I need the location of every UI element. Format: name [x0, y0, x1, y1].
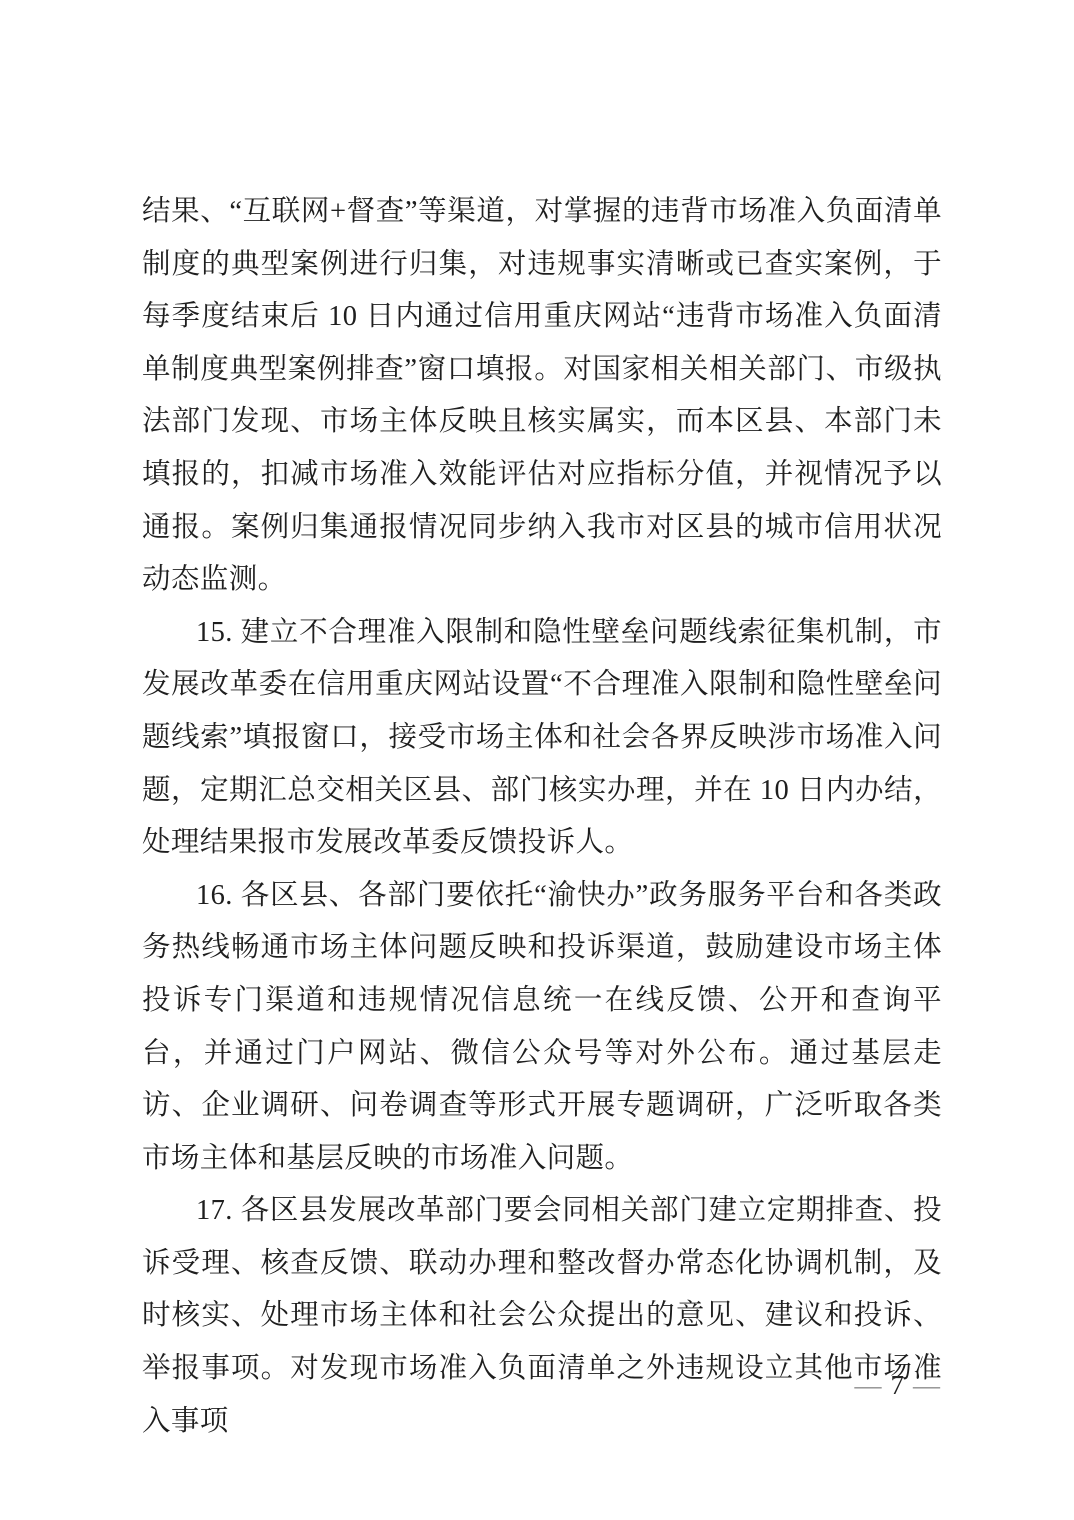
- footer-dash-left: —: [855, 1370, 882, 1400]
- paragraph-item-15: 15. 建立不合理准入限制和隐性壁垒问题线索征集机制，市发展改革委在信用重庆网站…: [142, 607, 942, 870]
- page-number: 7: [891, 1370, 905, 1400]
- document-page: 结果、“互联网+督查”等渠道，对掌握的违背市场准入负面清单制度的典型案例进行归集…: [0, 0, 1074, 1520]
- paragraph-item-16: 16. 各区县、各部门要依托“渝快办”政务服务平台和各类政务热线畅通市场主体问题…: [142, 870, 942, 1186]
- page-footer: —7—: [855, 1368, 941, 1402]
- paragraph-continuation: 结果、“互联网+督查”等渠道，对掌握的违背市场准入负面清单制度的典型案例进行归集…: [142, 186, 942, 607]
- footer-dash-right: —: [913, 1370, 940, 1400]
- paragraph-item-17: 17. 各区县发展改革部门要会同相关部门建立定期排查、投诉受理、核查反馈、联动办…: [142, 1185, 942, 1448]
- document-body: 结果、“互联网+督查”等渠道，对掌握的违背市场准入负面清单制度的典型案例进行归集…: [142, 186, 942, 1448]
